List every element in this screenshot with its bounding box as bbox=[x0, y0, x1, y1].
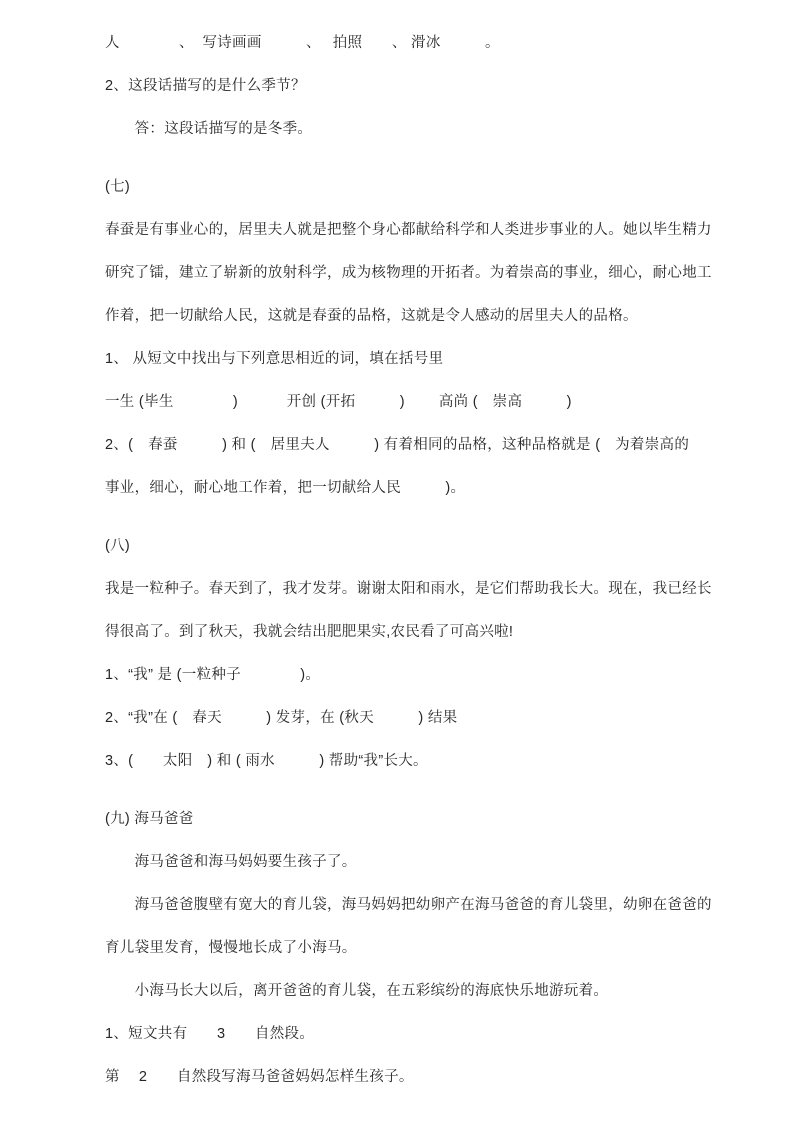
text-line: 2、这段话描写的是什么季节？ bbox=[105, 65, 703, 108]
worksheet-section: (七)春蚕是有事业心的，居里夫人就是把整个身心都献给科学和人类进步事业的人。她以… bbox=[105, 166, 703, 510]
text-line: 得很高了。到了秋天，我就会结出肥肥果实,农民看了可高兴啦! bbox=[105, 611, 703, 654]
text-line: 育儿袋里发育，慢慢地长成了小海马。 bbox=[105, 927, 703, 970]
text-line: 海马爸爸和海马妈妈要生孩子了。 bbox=[105, 841, 703, 884]
text-line: 春蚕是有事业心的，居里夫人就是把整个身心都献给科学和人类进步事业的人。她以毕生精… bbox=[105, 209, 703, 252]
text-line: 海马爸爸腹壁有宽大的育儿袋，海马妈妈把幼卵产在海马爸爸的育儿袋里，幼卵在爸爸的 bbox=[105, 884, 703, 927]
text-line: 1、“我” 是 (一粒种子 )。 bbox=[105, 654, 703, 697]
worksheet-section: (九) 海马爸爸 海马爸爸和海马妈妈要生孩子了。 海马爸爸腹壁有宽大的育儿袋，海… bbox=[105, 798, 703, 1099]
text-line: 1、短文共有 3 自然段。 bbox=[105, 1013, 703, 1056]
text-line: 事业，细心，耐心地工作着，把一切献给人民 )。 bbox=[105, 467, 703, 510]
text-line: 小海马长大以后，离开爸爸的育儿袋，在五彩缤纷的海底快乐地游玩着。 bbox=[105, 970, 703, 1013]
text-line: 研究了镭，建立了崭新的放射科学，成为核物理的开拓者。为着崇高的事业，细心，耐心地… bbox=[105, 252, 703, 295]
text-line: 2、( 春蚕 ) 和 ( 居里夫人 ) 有着相同的品格，这种品格就是 ( 为着崇… bbox=[105, 424, 703, 467]
worksheet-section: 人 、 写诗画画 、 拍照 、 滑冰 。2、这段话描写的是什么季节？ 答：这段话… bbox=[105, 22, 703, 151]
text-line: 一生 (毕生 ) 开创 (开拓 ) 高尚 ( 崇高 ) bbox=[105, 381, 703, 424]
section-header: (九) 海马爸爸 bbox=[105, 798, 703, 841]
text-line: 1、 从短文中找出与下列意思相近的词，填在括号里 bbox=[105, 338, 703, 381]
section-header: (七) bbox=[105, 166, 703, 209]
text-line: 作着，把一切献给人民，这就是春蚕的品格，这就是令人感动的居里夫人的品格。 bbox=[105, 295, 703, 338]
document-page: 人 、 写诗画画 、 拍照 、 滑冰 。2、这段话描写的是什么季节？ 答：这段话… bbox=[0, 0, 793, 1122]
text-line: 答：这段话描写的是冬季。 bbox=[105, 108, 703, 151]
text-line: 第 2 自然段写海马爸爸妈妈怎样生孩子。 bbox=[105, 1056, 703, 1099]
section-header: (八) bbox=[105, 525, 703, 568]
text-line: 人 、 写诗画画 、 拍照 、 滑冰 。 bbox=[105, 22, 703, 65]
text-line: 3、( 太阳 ) 和 ( 雨水 ) 帮助“我”长大。 bbox=[105, 740, 703, 783]
worksheet-section: (八)我是一粒种子。春天到了，我才发芽。谢谢太阳和雨水，是它们帮助我长大。现在，… bbox=[105, 525, 703, 783]
text-line: 我是一粒种子。春天到了，我才发芽。谢谢太阳和雨水，是它们帮助我长大。现在，我已经… bbox=[105, 568, 703, 611]
text-line: 2、“我”在 ( 春天 ) 发芽，在 (秋天 ) 结果 bbox=[105, 697, 703, 740]
